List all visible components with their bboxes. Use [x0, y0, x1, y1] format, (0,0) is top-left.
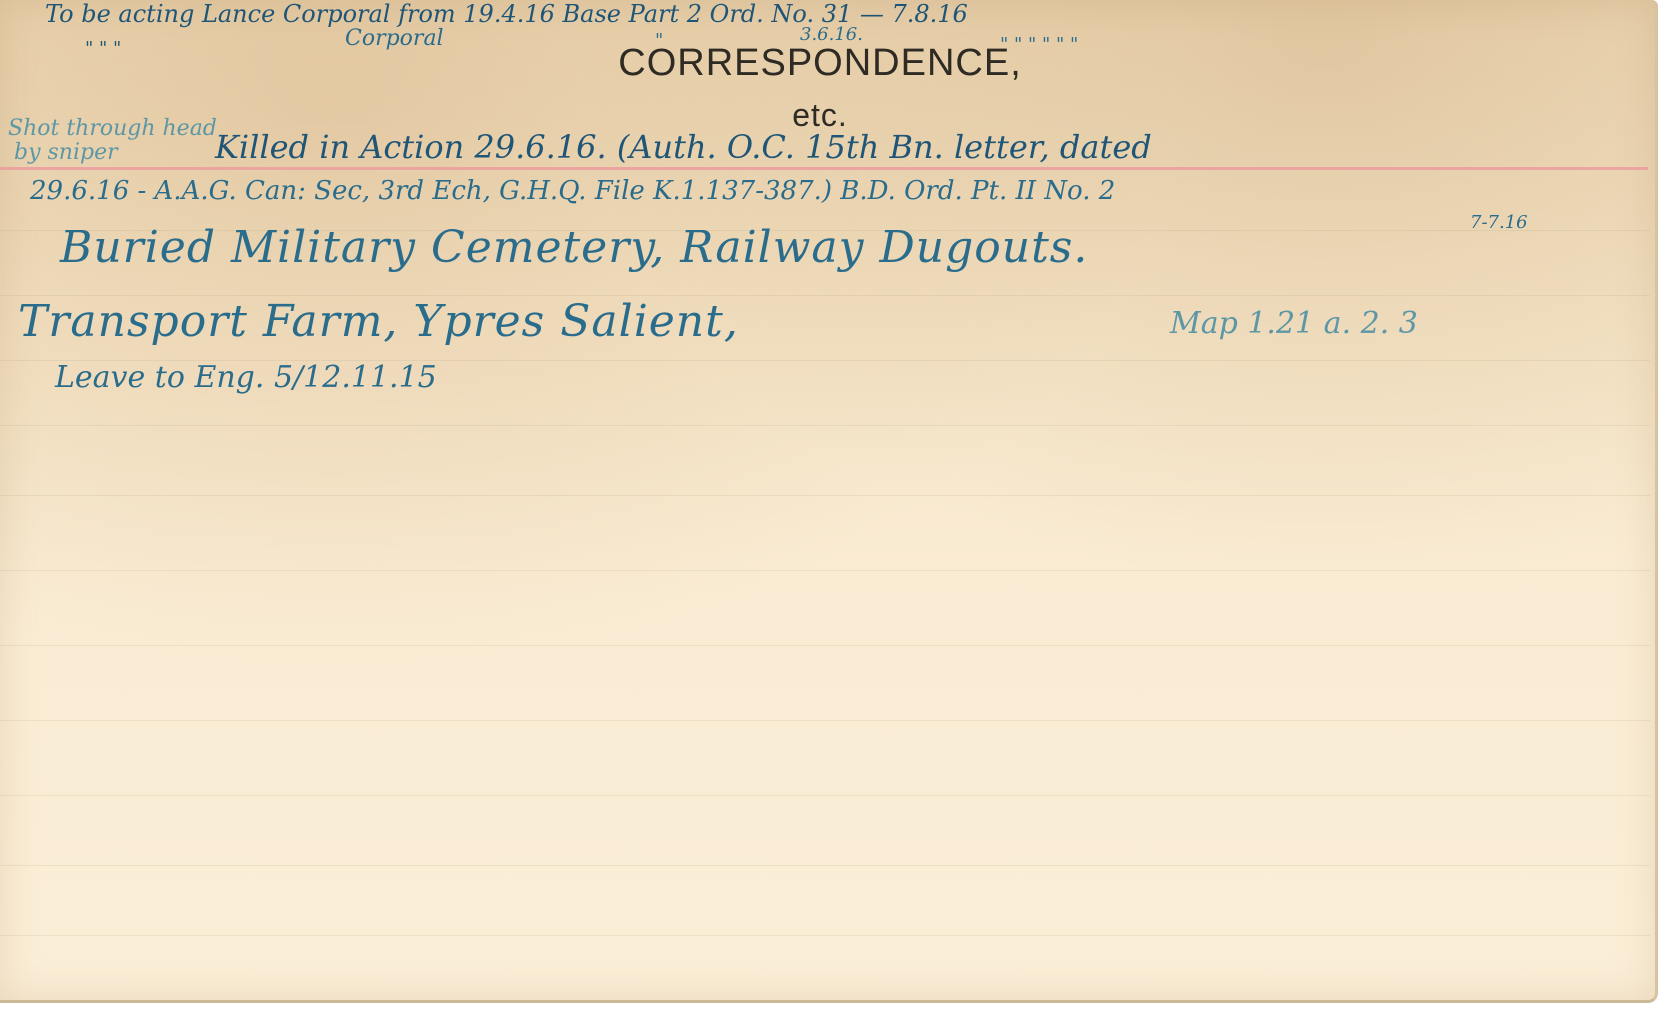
red-margin-rule [0, 167, 1648, 170]
entry-transport-farm: Transport Farm, Ypres Salient, [18, 296, 739, 347]
ditto-marks-left: " " " [85, 38, 121, 59]
entry-buried: Buried Military Cemetery, Railway Dugout… [60, 222, 1088, 273]
entry-map-reference: Map 1.21 a. 2. 3 [1170, 306, 1418, 341]
ruled-line [0, 720, 1650, 721]
ruled-line [0, 795, 1650, 796]
entry-killed-in-action: Killed in Action 29.6.16. (Auth. O.C. 15… [215, 128, 1152, 166]
entry-corporal-rank: Corporal [345, 26, 444, 51]
ditto-mark-mid: " [655, 30, 663, 51]
entry-annotation-date: 7-7.16 [1470, 212, 1528, 233]
record-card: CORRESPONDENCE, etc. To be acting Lance … [0, 0, 1658, 1003]
ruled-line [0, 645, 1650, 646]
ruled-line [0, 935, 1650, 936]
ditto-marks-right: " " " " " " [1000, 34, 1078, 55]
ruled-line [0, 865, 1650, 866]
entry-corporal-date: 3.6.16. [800, 24, 863, 45]
ruled-line [0, 425, 1650, 426]
margin-note-sniper: by sniper [14, 140, 118, 165]
ruled-line [0, 495, 1650, 496]
ruled-line [0, 570, 1650, 571]
entry-file-reference: 29.6.16 - A.A.G. Can: Sec, 3rd Ech, G.H.… [30, 176, 1115, 206]
entry-leave-to-england: Leave to Eng. 5/12.11.15 [55, 360, 437, 395]
margin-note-shot: Shot through head [8, 116, 217, 141]
printed-title: CORRESPONDENCE, [0, 42, 1640, 85]
